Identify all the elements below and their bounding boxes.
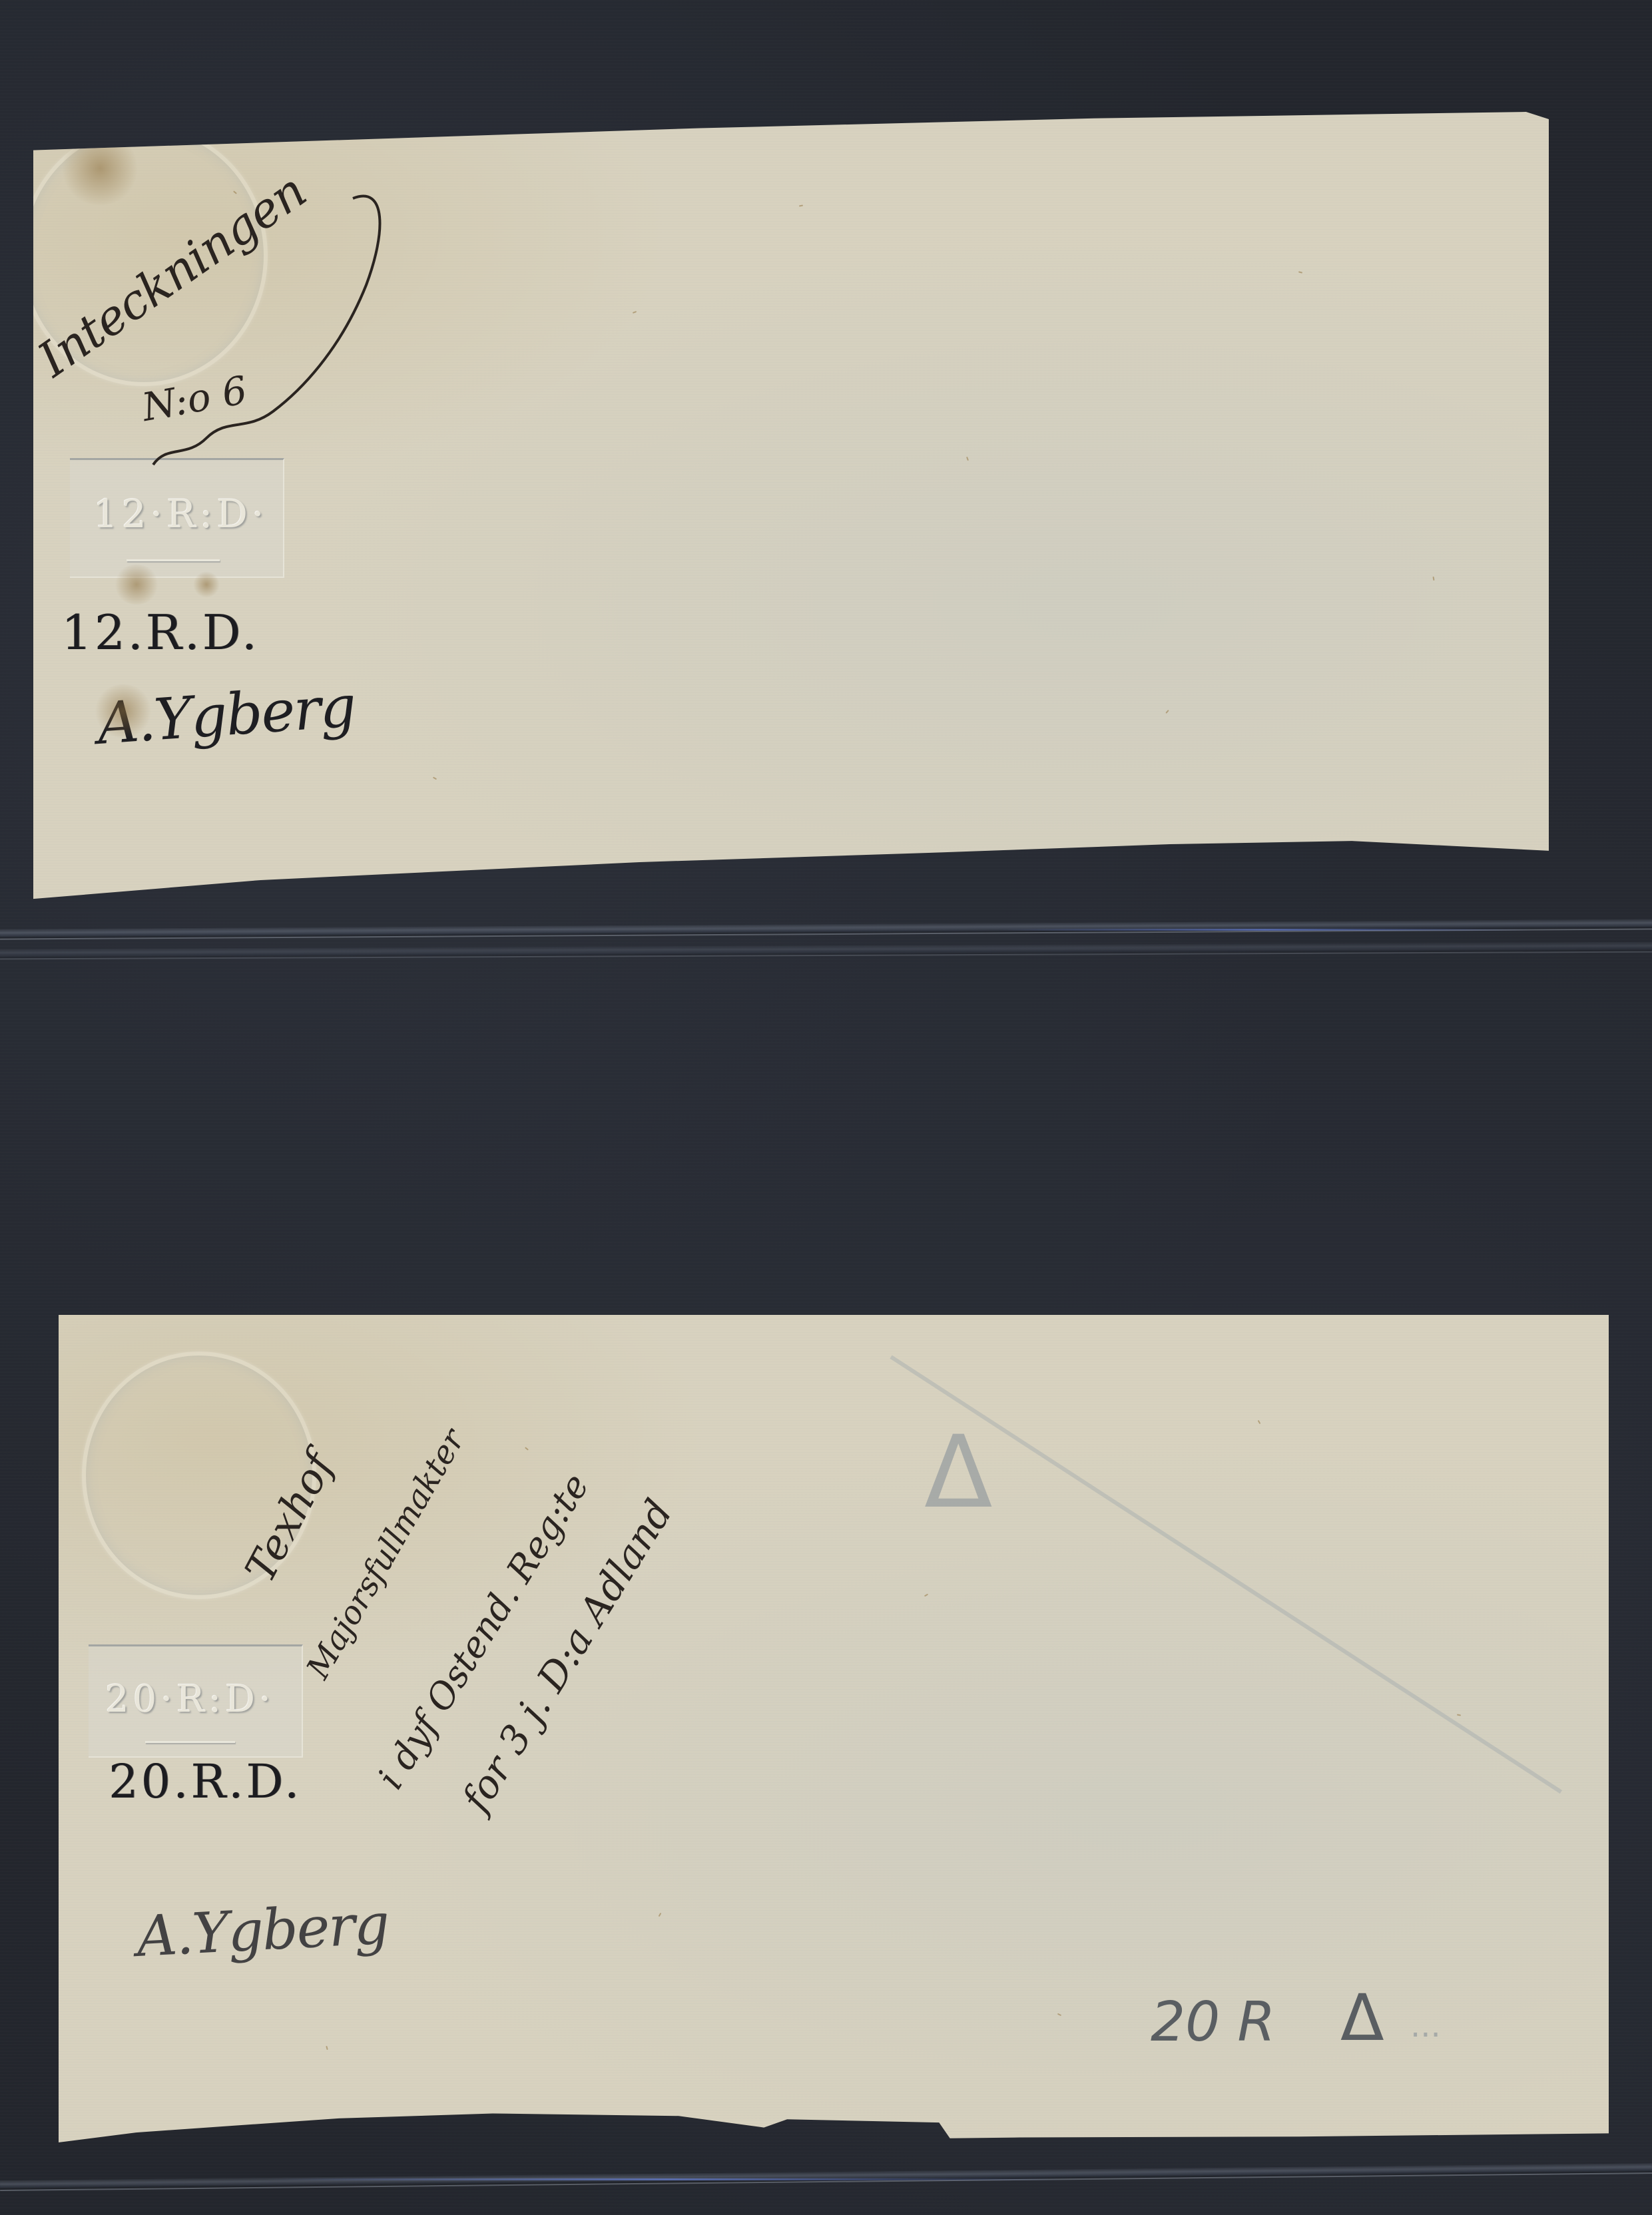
strip-glint [999,929,1531,931]
embossed-rule [145,1741,235,1743]
strip-glint [266,2178,1065,2180]
foxing-stain [193,571,220,598]
paper-fiber [326,2046,328,2050]
stamped-paper-top: 12·R:D· 12.R.D. A.Ygberg Inteckningen N:… [33,112,1549,927]
stock-strip-bottom [0,2163,1652,2191]
paper-fiber [1165,710,1169,714]
faint-pencil-mark: Δ [924,1415,993,1531]
paper-fiber [1432,577,1434,581]
printed-value: 20.R.D. [109,1754,302,1809]
paper-fiber [433,777,437,780]
paper-fiber [799,204,803,206]
paper-fiber [1057,2013,1061,2016]
pencil-triangle-icon: Δ [1340,1981,1384,2055]
pencil-annotation-trailing: ... [1410,2007,1441,2045]
paper-fiber [924,1594,928,1597]
printed-value: 12.R.D. [61,605,260,660]
stock-strip-middle [0,942,1652,960]
embossed-value: 20·R:D· [105,1678,275,1721]
printed-signature: A.Ygberg [135,1891,390,1969]
pen-flourish [73,178,406,511]
pencil-annotation-value: 20 R [1151,1991,1275,2054]
paper-fiber [1298,271,1302,273]
paper-fiber [659,1913,662,1917]
foxing-stain [113,565,160,605]
paper-fiber [1258,1420,1261,1424]
paper-fiber [1457,1714,1461,1716]
paper-fiber [525,1447,529,1450]
stamped-paper-bottom: Δ 20·R:D· 20.R.D. A.Ygberg Texhof Majors… [59,1315,1609,2142]
paper-fiber [966,457,969,461]
foxing-stain [93,684,153,738]
embossed-rule [127,559,220,561]
paper-fiber [633,311,637,314]
